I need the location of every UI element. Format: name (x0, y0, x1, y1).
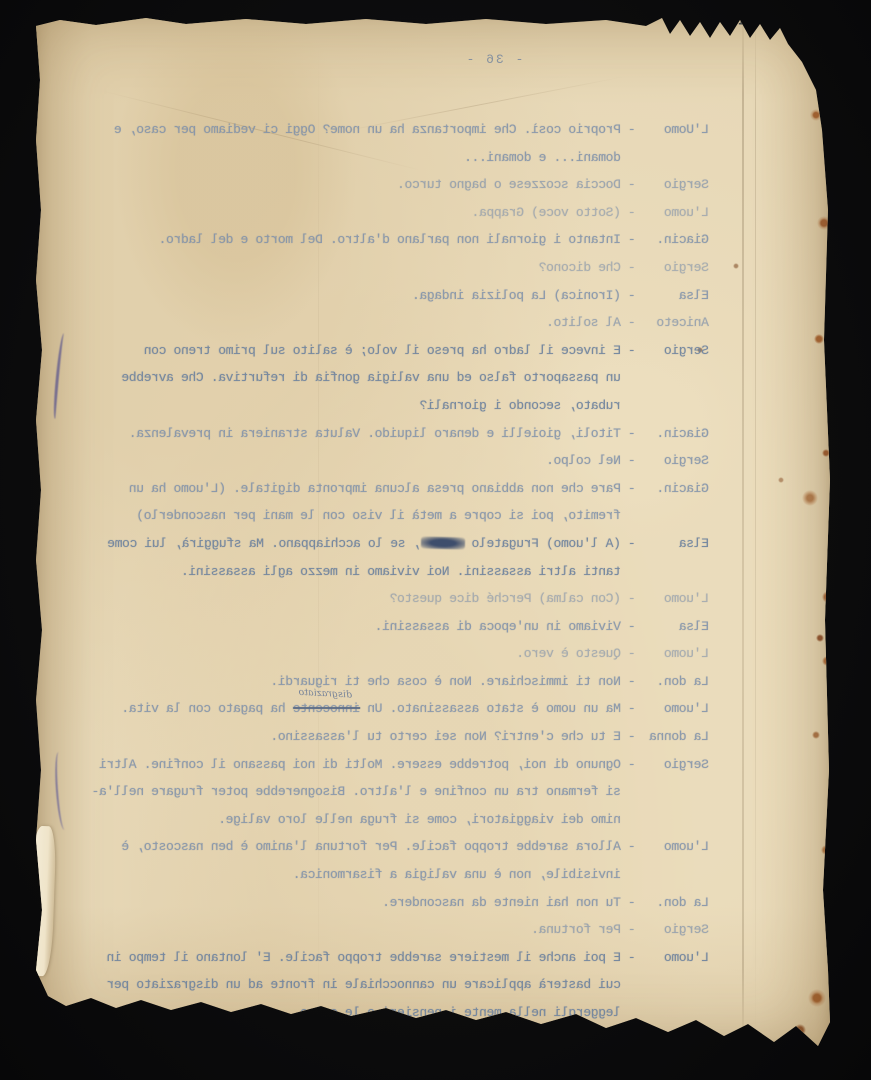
speaker-name: L'uomo (643, 640, 709, 668)
speaker-separator: - (621, 1027, 643, 1055)
speaker-separator: - (621, 585, 643, 613)
script-line: Elsa-(Ironica) La polizia indaga. (79, 282, 709, 310)
speaker-separator: - (621, 530, 643, 558)
speaker-name: Aniceto (643, 309, 709, 337)
speaker-name: La don. (643, 668, 709, 696)
dialogue-text: (Ironica) La polizia indaga. (79, 282, 621, 310)
dialogue-text: Intanto i giornali non parlano d'altro. … (79, 226, 621, 254)
dialogue-text: E invece il ladro ha preso il volo; è sa… (79, 337, 621, 420)
speaker-name: Sergio (643, 751, 709, 779)
script-line: Sergio-Nel colpo. (79, 447, 709, 475)
scanned-paper-sheet: III - 36 - L'Uomo-Proprio così. Che impo… (36, 10, 830, 1052)
speaker-name: Sergio (643, 447, 709, 475)
script-line: Sergio-Per fortuna. Ma il cannocchiale c… (79, 1027, 709, 1055)
script-line: Elsa-Viviamo in un'epoca di assassini. (79, 613, 709, 641)
speaker-separator: - (621, 916, 643, 944)
speaker-separator: - (621, 613, 643, 641)
dialogue-text: Proprio così. Che importanza ha un nome?… (79, 116, 621, 171)
speaker-separator: - (621, 199, 643, 227)
speaker-separator: - (621, 640, 643, 668)
speaker-name: Giacin. (643, 226, 709, 254)
script-line: L'Uomo-Proprio così. Che importanza ha u… (79, 116, 709, 171)
script-line: L'uomo-Allora sarebbe troppo facile. Per… (79, 833, 709, 888)
dialogue-text: Ognuno di noi, potrebbe essere. Molti di… (79, 751, 621, 834)
dialogue-text: (Con calma) Perché dice questo? (79, 585, 621, 613)
script-line: Sergio-E invece il ladro ha preso il vol… (79, 337, 709, 420)
script-line: L'uomo-(Sotto voce) Grappa. (79, 199, 709, 227)
dialogue-text: (Sotto voce) Grappa. (79, 199, 621, 227)
speaker-separator: - (621, 420, 643, 448)
script-line: Sergio-Ognuno di noi, potrebbe essere. M… (79, 751, 709, 834)
dialogue-text: Questo è vero. (79, 640, 621, 668)
speaker-name: Giacin. (643, 420, 709, 448)
speaker-name: Giacin. (643, 475, 709, 503)
speaker-separator: - (621, 309, 643, 337)
speaker-separator: - (621, 116, 643, 144)
dialogue-text: Che dicono? (79, 254, 621, 282)
dialogue-text: Doccia scozzese o bagno turco. (79, 171, 621, 199)
dialogue-text: Pare che non abbiano presa alcuna impron… (79, 475, 621, 530)
speaker-name: Sergio (643, 254, 709, 282)
dialogue-text: (A l'uomo) Frugatelo , se lo acchiappano… (79, 530, 621, 585)
speaker-separator: - (621, 447, 643, 475)
speaker-name: Sergio (643, 171, 709, 199)
script-line: Giacin.-Titoli, gioielli e denaro liquid… (79, 420, 709, 448)
script-line: Sergio-Doccia scozzese o bagno turco. (79, 171, 709, 199)
speaker-name: L'uomo (643, 585, 709, 613)
speaker-separator: - (621, 254, 643, 282)
speaker-name: Sergio (643, 916, 709, 944)
speaker-separator: - (621, 833, 643, 861)
dialogue-text: Per fortuna. (79, 916, 621, 944)
speaker-separator: - (621, 226, 643, 254)
speaker-separator: - (621, 695, 643, 723)
dialogue-text: Tu non hai niente da nascondere. (79, 889, 621, 917)
speaker-separator: - (621, 723, 643, 751)
script-line: L'uomo-Questo è vero. (79, 640, 709, 668)
mirrored-typewritten-content: - 36 - L'Uomo-Proprio così. Che importan… (36, 10, 830, 1052)
speaker-separator: - (621, 889, 643, 917)
scanner-background: { "document": { "page_number": "- 36 -",… (0, 0, 871, 1080)
speaker-name: L'uomo (643, 944, 709, 972)
dialogue-text: Nel colpo. (79, 447, 621, 475)
script-line: L'uomo-E poi anche il mestiere sarebbe t… (79, 944, 709, 1027)
speaker-separator: - (621, 475, 643, 503)
dialogue-text: Allora sarebbe troppo facile. Per fortun… (79, 833, 621, 888)
speaker-name: La don. (643, 889, 709, 917)
speaker-separator: - (621, 171, 643, 199)
script-line: L'uomo-Ma un uomo è stato assassinato. U… (79, 695, 709, 723)
dialogue-text: Per fortuna. Ma il cannocchiale c'è, esi… (79, 1027, 621, 1055)
speaker-separator: - (621, 282, 643, 310)
speaker-separator: - (621, 944, 643, 972)
struck-word: innocente (293, 701, 360, 716)
speaker-name: Elsa (643, 530, 709, 558)
speaker-name: Sergio (643, 337, 709, 365)
script-line: La don.-Non ti immischiare. Non è cosa c… (79, 668, 709, 696)
speaker-separator: - (621, 337, 643, 365)
speaker-name: Elsa (643, 282, 709, 310)
speaker-name: L'uomo (643, 833, 709, 861)
speaker-name: La donna (643, 723, 709, 751)
dialogue-text: E tu che c'entri? Non sei certo tu l'ass… (79, 723, 621, 751)
script-line: Elsa-(A l'uomo) Frugatelo , se lo acchia… (79, 530, 709, 585)
script-line: Giacin.-Pare che non abbiano presa alcun… (79, 475, 709, 530)
script-line: La donna-E tu che c'entri? Non sei certo… (79, 723, 709, 751)
page-number: - 36 - (454, 52, 534, 67)
speaker-separator: - (621, 668, 643, 696)
dialogue-text: Viviamo in un'epoca di assassini. (79, 613, 621, 641)
script-line: Aniceto-Al solito. (79, 309, 709, 337)
speaker-name: L'uomo (643, 695, 709, 723)
ink-blot (420, 536, 464, 549)
speaker-name: L'uomo (643, 199, 709, 227)
speaker-separator: - (621, 751, 643, 779)
speaker-name: L'Uomo (643, 116, 709, 144)
dialogue-text: Al solito. (79, 309, 621, 337)
script-line: Giacin.-Intanto i giornali non parlano d… (79, 226, 709, 254)
dialogue-text: E poi anche il mestiere sarebbe troppo f… (79, 944, 621, 1027)
script-line: La don.-Tu non hai niente da nascondere. (79, 889, 709, 917)
script-line: Sergio-Per fortuna. (79, 916, 709, 944)
speaker-name: Elsa (643, 613, 709, 641)
dialogue-text: Titoli, gioielli e denaro liquido. Valut… (79, 420, 621, 448)
speaker-name: Sergio (643, 1027, 709, 1055)
script-line: Sergio-Che dicono? (79, 254, 709, 282)
script-lines: L'Uomo-Proprio così. Che importanza ha u… (79, 116, 709, 1054)
script-line: L'uomo-(Con calma) Perché dice questo? (79, 585, 709, 613)
